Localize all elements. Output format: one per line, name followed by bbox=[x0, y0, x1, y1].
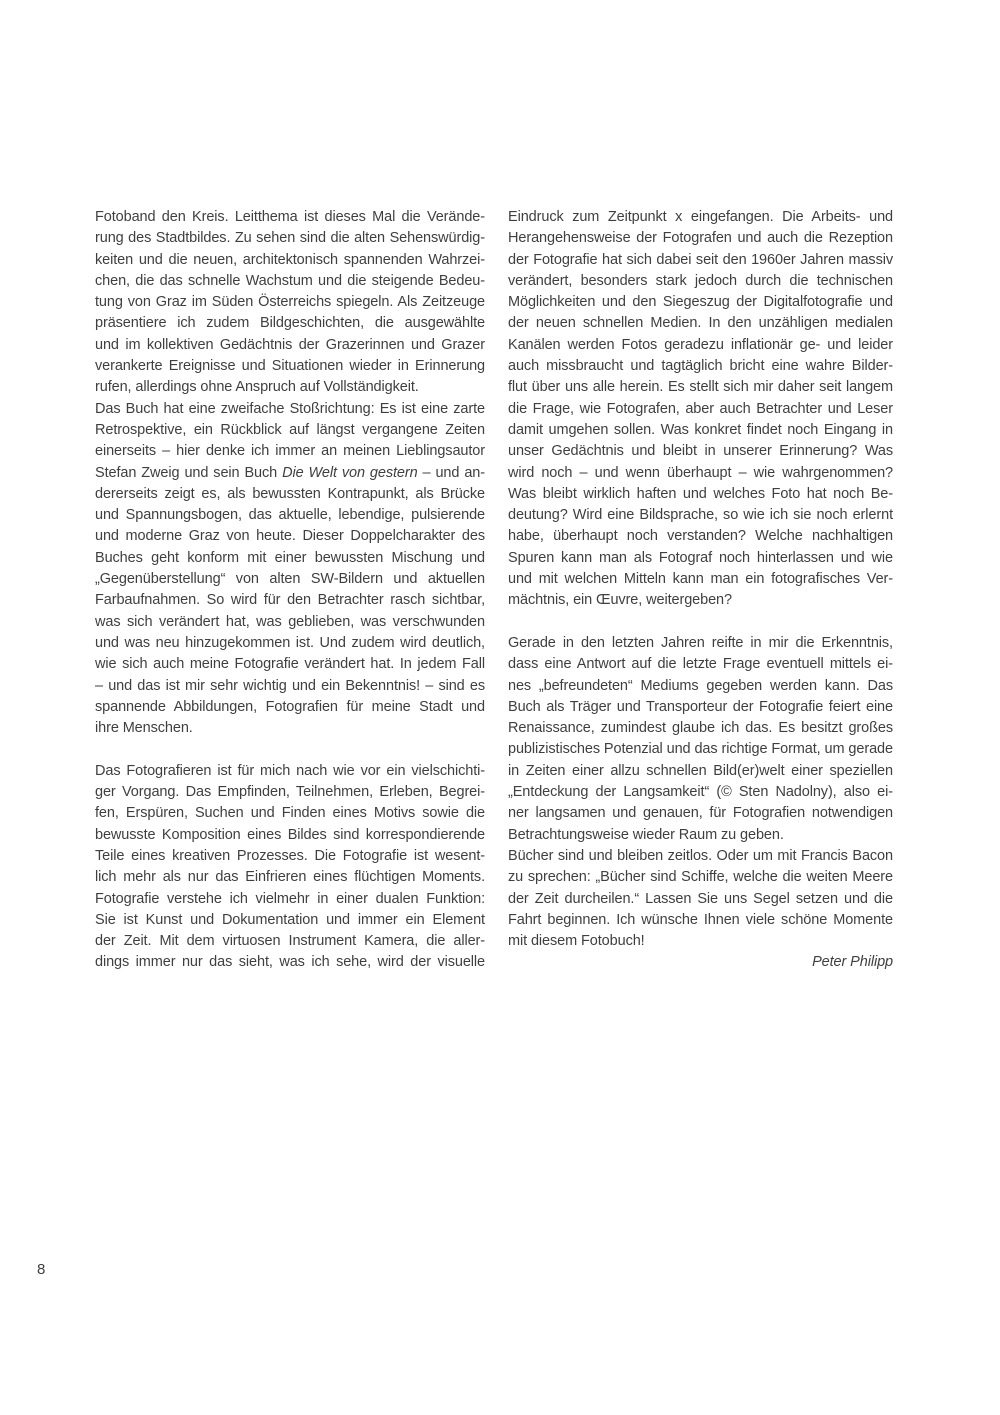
text-line: Möglichkeiten und den Siegeszug der Digi… bbox=[508, 292, 893, 313]
paragraph: Eindruck zum Zeitpunkt x eingefangen. Di… bbox=[508, 207, 893, 612]
text-column-left: Fotoband den Kreis. Leitthema ist dieses… bbox=[95, 207, 485, 974]
text-line: Sie ist Kunst und Dokumentation und imme… bbox=[95, 910, 485, 931]
text-line: Eindruck zum Zeitpunkt x eingefangen. Di… bbox=[508, 207, 893, 228]
text-line: der Zeit. Mit dem virtuosen Instrument K… bbox=[95, 931, 485, 952]
text-line: chen, die das schnelle Wachstum und die … bbox=[95, 271, 485, 292]
foreword-text: Fotoband den Kreis. Leitthema ist dieses… bbox=[95, 207, 893, 974]
text-line: Das Fotografieren ist für mich nach wie … bbox=[95, 761, 485, 782]
text-line: zu sprechen: „Bücher sind Schiffe, welch… bbox=[508, 867, 893, 888]
paragraph: Das Buch hat eine zweifache Stoßrichtung… bbox=[95, 399, 485, 740]
text-line: rung des Stadtbildes. Zu sehen sind die … bbox=[95, 228, 485, 249]
text-line: was sich verändert hat, was geblieben, w… bbox=[95, 612, 485, 633]
text-line: Bücher sind und bleiben zeitlos. Oder um… bbox=[508, 846, 893, 867]
text-line: dings immer nur das sieht, was ich sehe,… bbox=[95, 952, 485, 973]
text-line: die Frage, wie Fotografen, aber auch Bet… bbox=[508, 399, 893, 420]
text-line: bewusste Komposition eines Bildes sind k… bbox=[95, 825, 485, 846]
text-line: Gerade in den letzten Jahren reifte in m… bbox=[508, 633, 893, 654]
text-line: dererseits zeigt es, als bewussten Kontr… bbox=[95, 484, 485, 505]
text-line: fen, Erspüren, Suchen und Finden eines M… bbox=[95, 803, 485, 824]
text-line: mit diesem Fotobuch! bbox=[508, 931, 893, 952]
text-line: Das Buch hat eine zweifache Stoßrichtung… bbox=[95, 399, 485, 420]
text-line: rufen, allerdings ohne Anspruch auf Voll… bbox=[95, 377, 485, 398]
text-line: Herangehensweise der Fotografen und auch… bbox=[508, 228, 893, 249]
text-line: präsentiere ich zudem Bildgeschichten, d… bbox=[95, 313, 485, 334]
text-line: Retrospektive, ein Rückblick auf längst … bbox=[95, 420, 485, 441]
page-number: 8 bbox=[37, 1259, 45, 1280]
text-line: Buches geht konform mit einer bewussten … bbox=[95, 548, 485, 569]
text-line: ger Vorgang. Das Empfinden, Teilnehmen, … bbox=[95, 782, 485, 803]
text-line: Fahrt beginnen. Ich wünsche Ihnen viele … bbox=[508, 910, 893, 931]
text-line: tung von Graz im Süden Österreichs spieg… bbox=[95, 292, 485, 313]
text-line: lich mehr als nur das Einfrieren eines f… bbox=[95, 867, 485, 888]
italic-book-title: Die Welt von gestern bbox=[282, 465, 417, 481]
paragraph: Gerade in den letzten Jahren reifte in m… bbox=[508, 633, 893, 846]
text-line: ihre Menschen. bbox=[95, 718, 485, 739]
text-line: „Gegenüberstellung“ von alten SW-Bildern… bbox=[95, 569, 485, 590]
text-line: Fotografie verstehe ich vielmehr in eine… bbox=[95, 889, 485, 910]
text-line: – und das ist mir sehr wichtig und ein B… bbox=[95, 676, 485, 697]
text-line: einerseits – hier denke ich immer an mei… bbox=[95, 441, 485, 462]
text-line: und was neu hinzugekommen ist. Und zudem… bbox=[95, 633, 485, 654]
text-line: und moderne Graz von heute. Dieser Doppe… bbox=[95, 526, 485, 547]
text-line: in Zeiten einer allzu schnellen Bild(er)… bbox=[508, 761, 893, 782]
text-column-right: Eindruck zum Zeitpunkt x eingefangen. Di… bbox=[508, 207, 893, 974]
text-line: wie sich auch meine Fotografie verändert… bbox=[95, 654, 485, 675]
text-line: der Fotografie hat sich dabei seit den 1… bbox=[508, 250, 893, 271]
text-line: und Spannungsbogen, das aktuelle, lebend… bbox=[95, 505, 485, 526]
text-line: Fotoband den Kreis. Leitthema ist dieses… bbox=[95, 207, 485, 228]
text-line: Was bleibt wirklich haften und welches F… bbox=[508, 484, 893, 505]
paragraph: Das Fotografieren ist für mich nach wie … bbox=[95, 761, 485, 974]
text-line: habe, überhaupt noch verstanden? Welche … bbox=[508, 526, 893, 547]
paragraph: Peter Philipp bbox=[508, 952, 893, 973]
text-line: dass eine Antwort auf die letzte Frage e… bbox=[508, 654, 893, 675]
text-line: der neuen schnellen Medien. In den unzäh… bbox=[508, 313, 893, 334]
text-line: Renaissance, zumindest glaube ich das. E… bbox=[508, 718, 893, 739]
text-line: „Entdeckung der Langsamkeit“ (© Sten Nad… bbox=[508, 782, 893, 803]
text-line: verändert, besonders stark jedoch durch … bbox=[508, 271, 893, 292]
text-line: damit umgehen sollen. Was konkret findet… bbox=[508, 420, 893, 441]
text-line: Betrachtungsweise wieder Raum zu geben. bbox=[508, 825, 893, 846]
text-line: mächtnis, ein Œuvre, weitergeben? bbox=[508, 590, 893, 611]
text-line: und mit welchen Mitteln kann man ein fot… bbox=[508, 569, 893, 590]
text-line: der Zeit durcheilen.“ Lassen Sie uns Seg… bbox=[508, 889, 893, 910]
text-line: wird noch – und wenn überhaupt – wie wah… bbox=[508, 463, 893, 484]
text-line: deutung? Wird eine Bildsprache, so wie i… bbox=[508, 505, 893, 526]
text-line: Farbaufnahmen. So wird für den Betrachte… bbox=[95, 590, 485, 611]
paragraph: Bücher sind und bleiben zeitlos. Oder um… bbox=[508, 846, 893, 952]
text-line: Spuren kann man als Fotograf noch hinter… bbox=[508, 548, 893, 569]
text-line: Kanälen werden Fotos geradezu inflationä… bbox=[508, 335, 893, 356]
text-line: unser Gedächtnis und bleibt in unserer E… bbox=[508, 441, 893, 462]
text-line: nes „befreundeten“ Mediums gegeben werde… bbox=[508, 676, 893, 697]
text-line: flut über uns alle herein. Es stellt sic… bbox=[508, 377, 893, 398]
text-line: Stefan Zweig und sein Buch Die Welt von … bbox=[95, 463, 485, 484]
text-line: Teile eines kreativen Prozesses. Die Fot… bbox=[95, 846, 485, 867]
text-line: keiten und die neuen, architektonisch sp… bbox=[95, 250, 485, 271]
text-line: publizistisches Potenzial und das richti… bbox=[508, 739, 893, 760]
text-line: und im kollektiven Gedächtnis der Grazer… bbox=[95, 335, 485, 356]
text-line: ner langsamen und genauen, für Fotografi… bbox=[508, 803, 893, 824]
text-line: Buch als Träger und Transporteur der Fot… bbox=[508, 697, 893, 718]
text-line: spannende Abbildungen, Fotografien für m… bbox=[95, 697, 485, 718]
text-line: Peter Philipp bbox=[508, 952, 893, 973]
text-line: verankerte Ereignisse und Situationen wi… bbox=[95, 356, 485, 377]
text-line: auch missbraucht und tagtäglich bricht e… bbox=[508, 356, 893, 377]
paragraph: Fotoband den Kreis. Leitthema ist dieses… bbox=[95, 207, 485, 399]
